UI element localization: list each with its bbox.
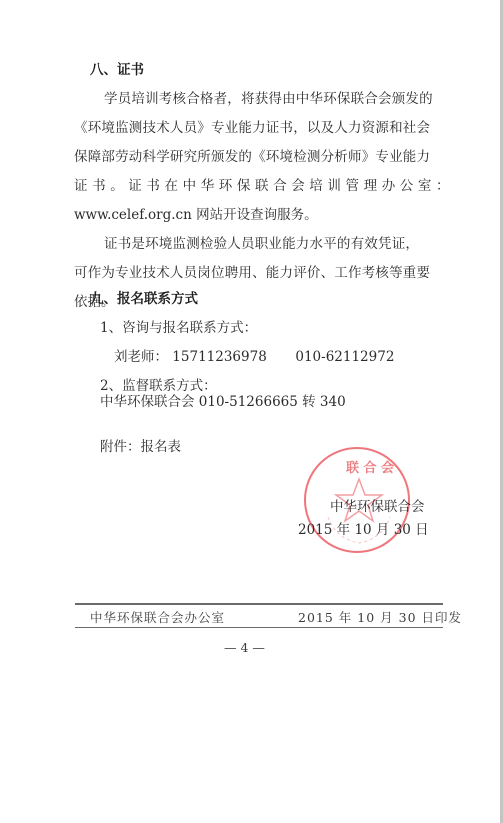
section-8-para1-line1: 学员培训考核合格者，将获得由中华环保联合会颁发的 [104, 89, 433, 109]
signature-org: 中华环保联合会 [330, 495, 425, 515]
seal-top-text: 联 合 会 [346, 457, 394, 476]
section-8-heading: 八、证书 [90, 60, 144, 80]
section-8-para2-line2: 可作为专业技术人员岗位聘用、能力评价、工作考核等重要 [74, 263, 430, 283]
footer-issue-date: 2015 年 10 月 30 日印发 [298, 608, 462, 626]
contact-name: 刘老师： [114, 349, 168, 365]
contact-item-1-row: 刘老师： 15711236978 010-62112972 [114, 347, 394, 367]
section-8-para1-line5: www.celef.org.cn 网站开设查询服务。 [74, 205, 318, 225]
attachment-note: 附件：报名表 [100, 437, 181, 457]
footer-issuer: 中华环保联合会办公室 [90, 608, 225, 626]
footer-bottom-rule [75, 627, 443, 628]
footer-top-rule [75, 603, 443, 605]
section-8-para1-line2: 《环境监测技术人员》专业能力证书，以及人力资源和社会 [74, 118, 430, 138]
section-9-heading: 九、报名联系方式 [90, 289, 198, 309]
section-8-para2-line1: 证书是环境监测检验人员职业能力水平的有效凭证， [104, 234, 419, 254]
signature-date: 2015 年 10 月 30 日 [298, 518, 429, 538]
contact-mobile: 15711236978 [172, 349, 266, 365]
contact-phone: 010-62112972 [295, 349, 394, 365]
page-number: — 4 — [224, 640, 265, 655]
section-8-para1-line3: 保障部劳动科学研究所颁发的《环境检测分析师》专业能力 [74, 147, 430, 167]
contact-item-1-label: 1、咨询与报名联系方式： [100, 318, 257, 338]
contact-item-2-value: 中华环保联合会 010-51266665 转 340 [100, 392, 346, 412]
section-8-para1-line4: 证书。证书在中华环保联合会培训管理办公室： [74, 176, 454, 196]
